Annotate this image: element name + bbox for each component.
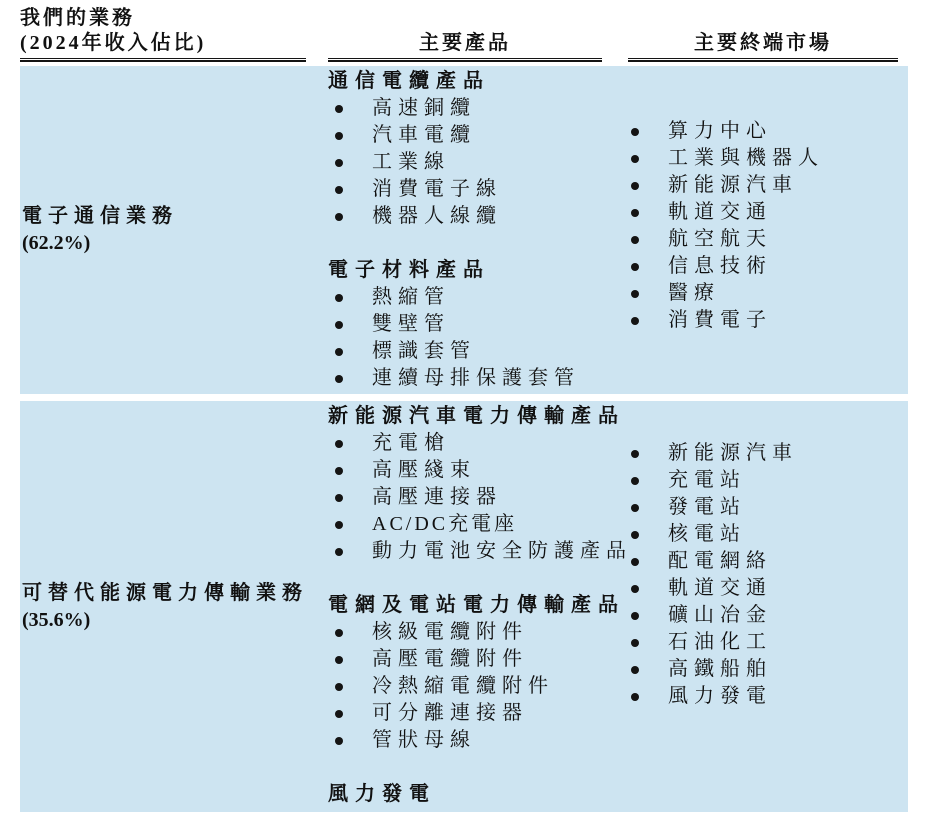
product-list: 熱縮管 雙壁管 標識套管 連續母排保護套管 xyxy=(328,284,628,392)
end-markets-cell: 新能源汽車 充電站 發電站 核電站 配電網絡 軌道交通 礦山冶金 石油化工 高鐵… xyxy=(628,401,908,812)
product-item: 高壓綫束 xyxy=(328,457,628,484)
end-markets-cell: 算力中心 工業與機器人 新能源汽車 軌道交通 航空航天 信息技術 醫療 消費電子 xyxy=(628,66,908,394)
header-cell-end-markets: 主要終端市場 xyxy=(628,31,908,62)
product-item: 可分離連接器 xyxy=(328,700,628,727)
header-rule xyxy=(628,58,898,62)
product-item: 雙壁管 xyxy=(328,311,628,338)
product-item: 高壓連接器 xyxy=(328,484,628,511)
row-divider xyxy=(20,394,908,401)
end-market-item: 工業與機器人 xyxy=(628,145,908,172)
end-market-list: 算力中心 工業與機器人 新能源汽車 軌道交通 航空航天 信息技術 醫療 消費電子 xyxy=(628,118,908,334)
product-item: 工業線 xyxy=(328,149,628,176)
product-group: 風力發電 xyxy=(328,781,628,808)
column-header-products: 主要產品 xyxy=(328,31,602,56)
end-market-item: 算力中心 xyxy=(628,118,908,145)
column-header-business-note: (2024年收入佔比) xyxy=(20,31,328,56)
header-rule xyxy=(20,58,306,62)
product-item: 標識套管 xyxy=(328,338,628,365)
product-group-title: 電網及電站電力傳輸產品 xyxy=(328,592,628,619)
product-item: 充電槍 xyxy=(328,430,628,457)
column-header-business: 我們的業務 xyxy=(20,6,328,31)
end-market-item: 配電網絡 xyxy=(628,548,908,575)
product-group: 新能源汽車電力傳輸產品 充電槍 高壓綫束 高壓連接器 AC/DC充電座 動力電池… xyxy=(328,403,628,565)
end-market-list: 新能源汽車 充電站 發電站 核電站 配電網絡 軌道交通 礦山冶金 石油化工 高鐵… xyxy=(628,440,908,710)
products-cell: 通信電纜產品 高速銅纜 汽車電纜 工業線 消費電子線 機器人線纜 電子材料產品 … xyxy=(328,66,628,394)
end-market-item: 發電站 xyxy=(628,494,908,521)
end-market-item: 軌道交通 xyxy=(628,199,908,226)
end-market-item: 軌道交通 xyxy=(628,575,908,602)
product-item: 管狀母線 xyxy=(328,727,628,754)
product-item: 消費電子線 xyxy=(328,176,628,203)
end-market-item: 風力發電 xyxy=(628,683,908,710)
header-cell-products: 主要產品 xyxy=(328,31,628,62)
end-market-item: 充電站 xyxy=(628,467,908,494)
product-group-title: 通信電纜產品 xyxy=(328,68,628,95)
product-item: 動力電池安全防護產品 xyxy=(328,538,628,565)
end-market-item: 信息技術 xyxy=(628,253,908,280)
product-item: AC/DC充電座 xyxy=(328,511,628,538)
column-header-end-markets: 主要終端市場 xyxy=(628,31,898,56)
product-group-title: 電子材料產品 xyxy=(328,257,628,284)
product-item: 高速銅纜 xyxy=(328,95,628,122)
products-cell: 新能源汽車電力傳輸產品 充電槍 高壓綫束 高壓連接器 AC/DC充電座 動力電池… xyxy=(328,401,628,812)
product-list: 核級電纜附件 高壓電纜附件 冷熱縮電纜附件 可分離連接器 管狀母線 xyxy=(328,619,628,754)
revenue-share: (62.2%) xyxy=(22,230,328,257)
product-list: 高速銅纜 汽車電纜 工業線 消費電子線 機器人線纜 xyxy=(328,95,628,230)
end-market-item: 核電站 xyxy=(628,521,908,548)
business-name: 可替代能源電力傳輸業務 xyxy=(22,580,328,607)
product-item: 機器人線纜 xyxy=(328,203,628,230)
product-list: 充電槍 高壓綫束 高壓連接器 AC/DC充電座 動力電池安全防護產品 xyxy=(328,430,628,565)
end-market-item: 礦山冶金 xyxy=(628,602,908,629)
product-item: 熱縮管 xyxy=(328,284,628,311)
product-group-title: 風力發電 xyxy=(328,781,628,808)
end-market-item: 航空航天 xyxy=(628,226,908,253)
product-group: 電網及電站電力傳輸產品 核級電纜附件 高壓電纜附件 冷熱縮電纜附件 可分離連接器… xyxy=(328,592,628,754)
end-market-item: 新能源汽車 xyxy=(628,440,908,467)
product-item: 高壓電纜附件 xyxy=(328,646,628,673)
business-cell: 可替代能源電力傳輸業務 (35.6%) xyxy=(20,580,328,634)
product-item: 連續母排保護套管 xyxy=(328,365,628,392)
business-name: 電子通信業務 xyxy=(22,203,328,230)
table-row-electronic-communication: 電子通信業務 (62.2%) 通信電纜產品 高速銅纜 汽車電纜 工業線 消費電子… xyxy=(20,66,908,394)
product-item: 冷熱縮電纜附件 xyxy=(328,673,628,700)
end-market-item: 高鐵船舶 xyxy=(628,656,908,683)
end-market-item: 石油化工 xyxy=(628,629,908,656)
business-overview-table: 我們的業務 (2024年收入佔比) 主要產品 主要終端市場 電子通信業務 (62… xyxy=(20,0,908,812)
header-cell-business: 我們的業務 (2024年收入佔比) xyxy=(20,6,328,62)
header-rule xyxy=(328,58,602,62)
end-market-item: 新能源汽車 xyxy=(628,172,908,199)
table-header-row: 我們的業務 (2024年收入佔比) 主要產品 主要終端市場 xyxy=(20,0,908,62)
product-item: 汽車電纜 xyxy=(328,122,628,149)
product-item: 核級電纜附件 xyxy=(328,619,628,646)
table-row-alternative-energy: 可替代能源電力傳輸業務 (35.6%) 新能源汽車電力傳輸產品 充電槍 高壓綫束… xyxy=(20,401,908,812)
end-market-item: 消費電子 xyxy=(628,307,908,334)
end-market-item: 醫療 xyxy=(628,280,908,307)
revenue-share: (35.6%) xyxy=(22,607,328,634)
product-group: 電子材料產品 熱縮管 雙壁管 標識套管 連續母排保護套管 xyxy=(328,257,628,392)
product-group: 通信電纜產品 高速銅纜 汽車電纜 工業線 消費電子線 機器人線纜 xyxy=(328,68,628,230)
business-cell: 電子通信業務 (62.2%) xyxy=(20,203,328,257)
product-group-title: 新能源汽車電力傳輸產品 xyxy=(328,403,628,430)
